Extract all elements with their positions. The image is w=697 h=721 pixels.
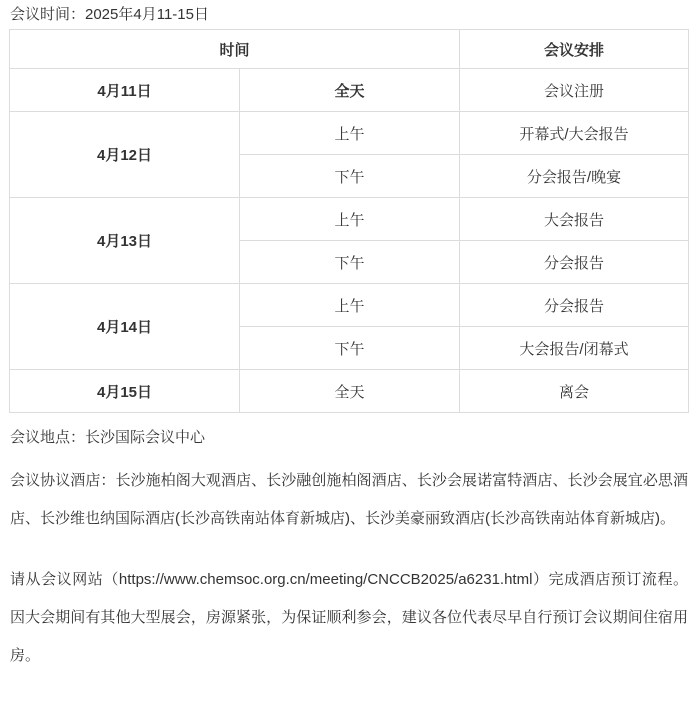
date-cell: 4月11日 bbox=[10, 69, 240, 112]
period-cell: 上午 bbox=[240, 112, 460, 155]
meeting-location-text: 会议地点：长沙国际会议中心 bbox=[10, 426, 688, 450]
arrangement-cell: 大会报告/闭幕式 bbox=[460, 327, 689, 370]
period-cell: 上午 bbox=[240, 198, 460, 241]
period-cell: 全天 bbox=[240, 370, 460, 413]
table-row: 4月11日 全天 会议注册 bbox=[10, 69, 689, 112]
period-cell: 下午 bbox=[240, 155, 460, 198]
table-row: 4月12日 上午 开幕式/大会报告 bbox=[10, 112, 689, 155]
conference-info-page: 会议时间：2025年4月11-15日 时间 会议安排 4月11日 全天 会议注册… bbox=[0, 0, 697, 675]
partner-hotels-text: 会议协议酒店：长沙施柏阁大观酒店、长沙融创施柏阁酒店、长沙会展诺富特酒店、长沙会… bbox=[10, 462, 688, 538]
date-cell: 4月13日 bbox=[10, 198, 240, 284]
table-row: 4月13日 上午 大会报告 bbox=[10, 198, 689, 241]
arrangement-cell: 分会报告 bbox=[460, 241, 689, 284]
date-cell: 4月12日 bbox=[10, 112, 240, 198]
arrangement-cell: 会议注册 bbox=[460, 69, 689, 112]
meeting-time-text: 会议时间：2025年4月11-15日 bbox=[10, 5, 688, 24]
arrangement-cell: 开幕式/大会报告 bbox=[460, 112, 689, 155]
period-cell: 下午 bbox=[240, 327, 460, 370]
period-cell: 上午 bbox=[240, 284, 460, 327]
hotel-booking-note: 请从会议网站（https://www.chemsoc.org.cn/meetin… bbox=[10, 561, 688, 675]
date-cell: 4月14日 bbox=[10, 284, 240, 370]
arrangement-cell: 离会 bbox=[460, 370, 689, 413]
period-cell: 全天 bbox=[240, 69, 460, 112]
time-header-cell: 时间 bbox=[10, 30, 460, 69]
table-row: 4月15日 全天 离会 bbox=[10, 370, 689, 413]
schedule-table: 时间 会议安排 4月11日 全天 会议注册 4月12日 上午 开幕式/大会报告 … bbox=[9, 29, 689, 413]
arrangement-cell: 分会报告/晚宴 bbox=[460, 155, 689, 198]
table-row: 4月14日 上午 分会报告 bbox=[10, 284, 689, 327]
table-header-row: 时间 会议安排 bbox=[10, 30, 689, 69]
period-cell: 下午 bbox=[240, 241, 460, 284]
date-cell: 4月15日 bbox=[10, 370, 240, 413]
arrangement-cell: 大会报告 bbox=[460, 198, 689, 241]
arrangement-header-cell: 会议安排 bbox=[460, 30, 689, 69]
arrangement-cell: 分会报告 bbox=[460, 284, 689, 327]
